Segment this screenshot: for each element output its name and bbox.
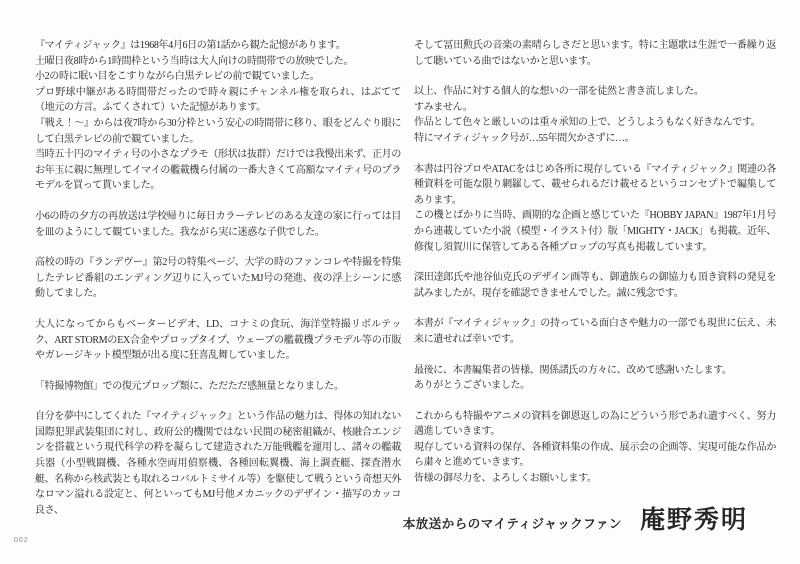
text-column-left: 『マイティジャック』は1968年4月6日の第1話から観た記憶があります。土曜日夜… — [35, 38, 401, 518]
paragraph-block: そして冨田勲氏の音楽の素晴らしさだと思います。特に主題歌は生涯で一番繰り返して聴… — [414, 38, 776, 69]
text-line: 「特撮博物館」での復元プロップ類に、ただただ感無量となりました。 — [35, 379, 401, 395]
paragraph-block: 小6の時の夕方の再放送は学校帰りに毎日カラーテレビのある友達の家に行っては目を皿… — [35, 209, 401, 240]
signature-block: 本放送からのマイティジャックファン 庵野秀明 — [403, 500, 748, 536]
text-line: ありがとうございました。 — [414, 378, 776, 394]
paragraph-block: これからも特撮やアニメの資料を御恩返しの為にどういう形であれ遺すべく、努力邁進し… — [414, 409, 776, 487]
text-line: 自分を夢中にしてくれた『マイティジャック』という作品の魅力は、得体の知れない国際… — [35, 409, 401, 518]
paragraph-block: 本書が『マイティジャック』の持っている面白さや魅力の一部でも現世に伝え、未来に遺… — [414, 316, 776, 347]
text-line: 本書は円谷プロやATACをはじめ各所に現存している『マイティジャック』関連の各種… — [414, 162, 776, 209]
text-line: 土曜日夜8時から1時間枠という当時は大人向けの時間帯での放映でした。 — [35, 54, 401, 70]
paragraph-block: 大人になってからもベータービデオ、LD、コナミの食玩、海洋堂特撮リボルテック、A… — [35, 317, 401, 364]
text-line: 小6の時の夕方の再放送は学校帰りに毎日カラーテレビのある友達の家に行っては目を皿… — [35, 209, 401, 240]
text-line: プロ野球中継がある時間帯だったので時々親にチャンネル権を取られ、はぶてて（地元の… — [35, 85, 401, 116]
text-line: この機とばかりに当時、画期的な企画と感じていた『HOBBY JAPAN』1987… — [414, 208, 776, 255]
text-line: 『マイティジャック』は1968年4月6日の第1話から観た記憶があります。 — [35, 38, 401, 54]
paragraph-block: 以上、作品に対する個人的な想いの一部を徒然と書き流しました。すみません。作品とし… — [414, 84, 776, 146]
page-number: 002 — [14, 537, 29, 544]
text-line: 作品として色々と厳しいのは重々承知の上で、どうしようもなく好きなんです。 — [414, 115, 776, 131]
text-line: 小2の時に眠い目をこすりながら白黒テレビの前で観ていました。 — [35, 69, 401, 85]
text-line: そして冨田勲氏の音楽の素晴らしさだと思います。特に主題歌は生涯で一番繰り返して聴… — [414, 38, 776, 69]
paragraph-block: 『マイティジャック』は1968年4月6日の第1話から観た記憶があります。土曜日夜… — [35, 38, 401, 194]
paragraph-block: 「特撮博物館」での復元プロップ類に、ただただ感無量となりました。 — [35, 379, 401, 395]
text-line: 深田達郎氏や池谷仙克氏のデザイン画等も、御遺族らの御協力も頂き資料の発見を試みま… — [414, 270, 776, 301]
text-line: 現存している資料の保存、各種資料集の作成、展示会の企画等、実現可能な作品から粛々… — [414, 440, 776, 471]
paragraph-block: 高校の時の『ランデヴー』第2号の特集ページ、大学の時のファンコレや特撮を特集した… — [35, 255, 401, 302]
text-line: これからも特撮やアニメの資料を御恩返しの為にどういう形であれ遺すべく、努力邁進し… — [414, 409, 776, 440]
signature-role: 本放送からのマイティジャックファン — [403, 514, 622, 532]
text-line: 以上、作品に対する個人的な想いの一部を徒然と書き流しました。 — [414, 84, 776, 100]
paragraph-block: 自分を夢中にしてくれた『マイティジャック』という作品の魅力は、得体の知れない国際… — [35, 409, 401, 518]
text-line: 大人になってからもベータービデオ、LD、コナミの食玩、海洋堂特撮リボルテック、A… — [35, 317, 401, 364]
book-page: 『マイティジャック』は1968年4月6日の第1話から観た記憶があります。土曜日夜… — [0, 0, 800, 564]
text-line: 特にマイティジャック号が…55年間欠かさずに…。 — [414, 131, 776, 147]
text-line: 最後に、本書編集者の皆様、関係諸氏の方々に、改めて感謝いたします。 — [414, 363, 776, 379]
text-line: 高校の時の『ランデヴー』第2号の特集ページ、大学の時のファンコレや特撮を特集した… — [35, 255, 401, 302]
text-line: 本書が『マイティジャック』の持っている面白さや魅力の一部でも現世に伝え、未来に遺… — [414, 316, 776, 347]
text-line: すみません。 — [414, 100, 776, 116]
paragraph-block: 最後に、本書編集者の皆様、関係諸氏の方々に、改めて感謝いたします。ありがとうござ… — [414, 363, 776, 394]
text-line: 皆様の御尽力を、よろしくお願いします。 — [414, 471, 776, 487]
paragraph-block: 本書は円谷プロやATACをはじめ各所に現存している『マイティジャック』関連の各種… — [414, 162, 776, 256]
text-line: 『戦え！〜』からは夜7時から30分枠という安心の時間帯に移り、眼をどんぐり眼にし… — [35, 116, 401, 147]
paragraph-block: 深田達郎氏や池谷仙克氏のデザイン画等も、御遺族らの御協力も頂き資料の発見を試みま… — [414, 270, 776, 301]
signature-name: 庵野秀明 — [640, 500, 748, 536]
text-line: 当時五十円のマイティ号の小さなプラモ（形状は抜群）だけでは我慢出来ず、正月のお年… — [35, 147, 401, 194]
text-column-right: そして冨田勲氏の音楽の素晴らしさだと思います。特に主題歌は生涯で一番繰り返して聴… — [414, 38, 776, 487]
